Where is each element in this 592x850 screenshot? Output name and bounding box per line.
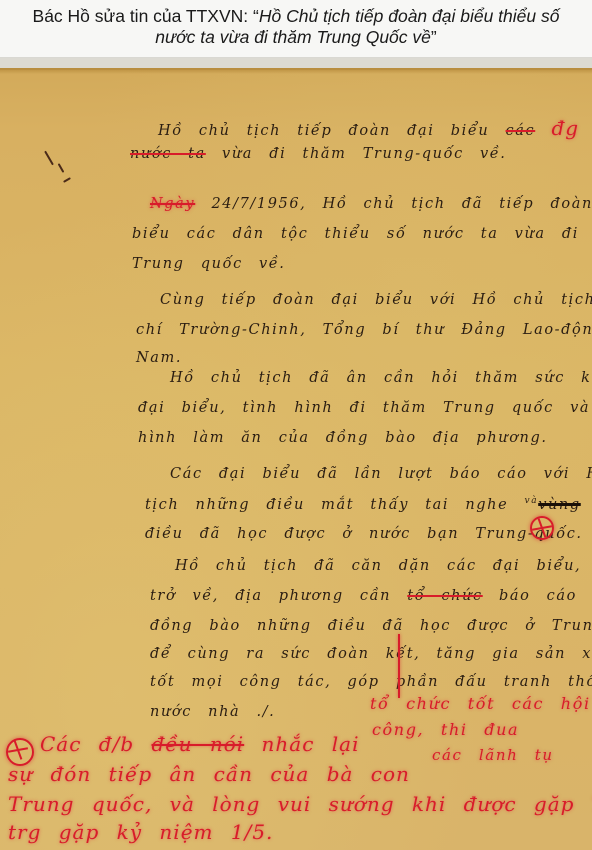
red-bottom-line-4: trg gặp kỷ niệm 1/5. xyxy=(8,820,273,844)
caption-banner: Bác Hồ sửa tin của TTXVN: “Hồ Chủ tịch t… xyxy=(0,0,592,58)
caption-title-2: nước ta vừa đi thăm Trung Quốc về xyxy=(155,27,431,47)
red-insert-dong-bao: đg bào xyxy=(551,116,592,140)
insert-va: và xyxy=(525,496,539,506)
para5-line-2: trở về, địa phương cần tổ chức báo cáo l… xyxy=(150,588,592,604)
margin-pen-mark xyxy=(44,151,54,166)
caption-line-1: Bác Hồ sửa tin của TTXVN: “Hồ Chủ tịch t… xyxy=(0,6,592,27)
struck-to-chuc: tổ chức xyxy=(407,588,482,604)
para3-line-1: Hồ chủ tịch đã ân cần hỏi thăm sức khoẻ … xyxy=(170,370,592,386)
red-bottom-line-1: Các đ/b đều nói nhắc lại xyxy=(40,732,360,756)
para2-line-2: chí Trường-Chinh, Tổng bí thư Đảng Lao-đ… xyxy=(136,322,592,338)
para5-line-5: tốt mọi công tác, góp phần đấu tranh thố… xyxy=(150,674,592,690)
margin-pen-mark xyxy=(58,163,65,173)
caption-prefix: Bác Hồ sửa tin của TTXVN: “ xyxy=(33,6,259,26)
paper-edge xyxy=(0,68,592,74)
heading-line-1: Hồ chủ tịch tiếp đoàn đại biểu các đg bà… xyxy=(158,116,592,140)
para5-line-1: Hồ chủ tịch đã căn dặn các đại biểu, khi xyxy=(175,558,592,574)
para1-line-2: biểu các dân tộc thiểu số nước ta vừa đi… xyxy=(132,226,592,242)
red-bottom-line-2: sự đón tiếp ân cần của bà con xyxy=(8,762,410,786)
para3-line-3: hình làm ăn của đồng bào địa phương. xyxy=(138,430,548,446)
red-circle-cross-mark-1 xyxy=(530,516,554,540)
caption-title-1: Hồ Chủ tịch tiếp đoàn đại biểu thiểu số xyxy=(259,6,560,26)
para2-line-3: Nam. xyxy=(136,350,182,366)
para3-line-2: đại biểu, tình hình đi thăm Trung quốc v… xyxy=(138,400,592,416)
para1-line-1: Ngày 24/7/1956, Hồ chủ tịch đã tiếp đoàn… xyxy=(150,196,592,212)
struck-vung: vùng xyxy=(538,497,581,513)
margin-pen-mark xyxy=(63,177,71,183)
para2-line-1: Cùng tiếp đoàn đại biểu với Hồ chủ tịch,… xyxy=(160,292,592,308)
caption-line-2: nước ta vừa đi thăm Trung Quốc về” xyxy=(0,27,592,48)
red-bottom-line-3: Trung quốc, và lòng vui sướng khi được g… xyxy=(8,792,592,816)
heading-line-2: nước ta vừa đi thăm Trung-quốc về. xyxy=(130,146,507,162)
para4-line-2: tịch những điều mắt thấy tai nghe vàvùng… xyxy=(145,496,592,513)
para4-line-3: điều đã học được ở nước bạn Trung-quốc. xyxy=(145,526,583,542)
para1-line-3: Trung quốc về. xyxy=(132,256,286,272)
red-insertion-arrow xyxy=(398,634,400,698)
red-note-thi-dua: công, thi đua xyxy=(372,720,519,739)
struck-nuoc-ta: nước ta xyxy=(130,146,206,162)
red-note-to-chuc: tổ chức tốt các hội đổi xyxy=(370,694,592,713)
para5-line-3: đồng bào những điều đã học được ở Trung … xyxy=(150,618,592,634)
manuscript-paper: Hồ chủ tịch tiếp đoàn đại biểu các đg bà… xyxy=(0,68,592,850)
para5-line-4: để cùng ra sức đoàn kết, tăng gia sản xu… xyxy=(150,646,592,662)
caption-suffix: ” xyxy=(431,27,437,47)
red-note-cac-lanh-tu: các lãnh tụ xyxy=(432,746,554,764)
para5-line-6: nước nhà ./. xyxy=(150,704,275,720)
para4-line-1: Các đại biểu đã lần lượt báo cáo với Hồ-… xyxy=(170,466,592,482)
red-insert-ngay: Ngày xyxy=(150,196,195,212)
